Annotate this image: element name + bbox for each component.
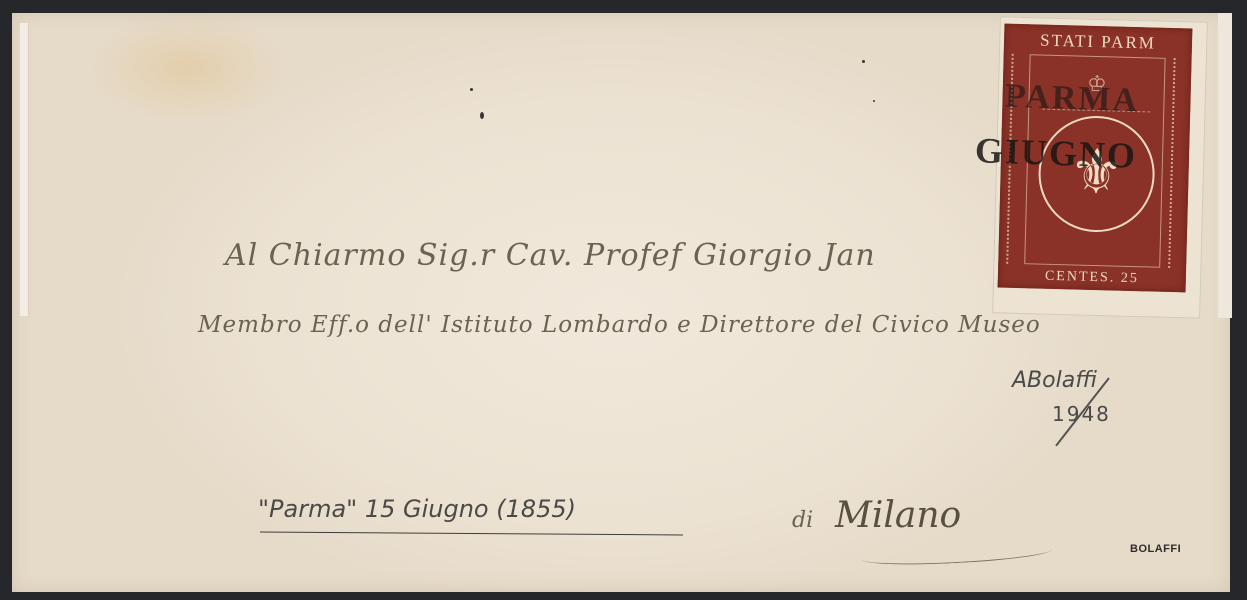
city-prefix: di [792,508,813,533]
paper-speck [480,112,484,119]
address-line-1: Al Chiarmo Sig.r Cav. Profef Giorgio Jan [225,238,876,273]
destination-city: Milano [835,495,961,536]
cover-right-flap [1218,13,1232,318]
dealer-handstamp: BOLAFFI [1130,543,1181,555]
expert-signature: ABolaffi [1012,368,1097,393]
cover-fold-edge [20,23,29,316]
postmark-town: PARMA [1004,78,1139,121]
pencil-date-note: "Parma" 15 Giugno (1855) [258,495,576,523]
address-line-2: Membro Eff.o dell' Istituto Lombardo e D… [198,312,1041,338]
stamp-top-inscription: STATI PARM [1004,30,1192,55]
stamp-value-inscription: CENTES. 25 [998,268,1186,289]
paper-speck [470,88,473,91]
stamp-right-ornament [1168,58,1187,268]
paper-speck [873,100,875,102]
postmark-month: GIUGNO [974,129,1137,177]
paper-speck [862,60,865,63]
